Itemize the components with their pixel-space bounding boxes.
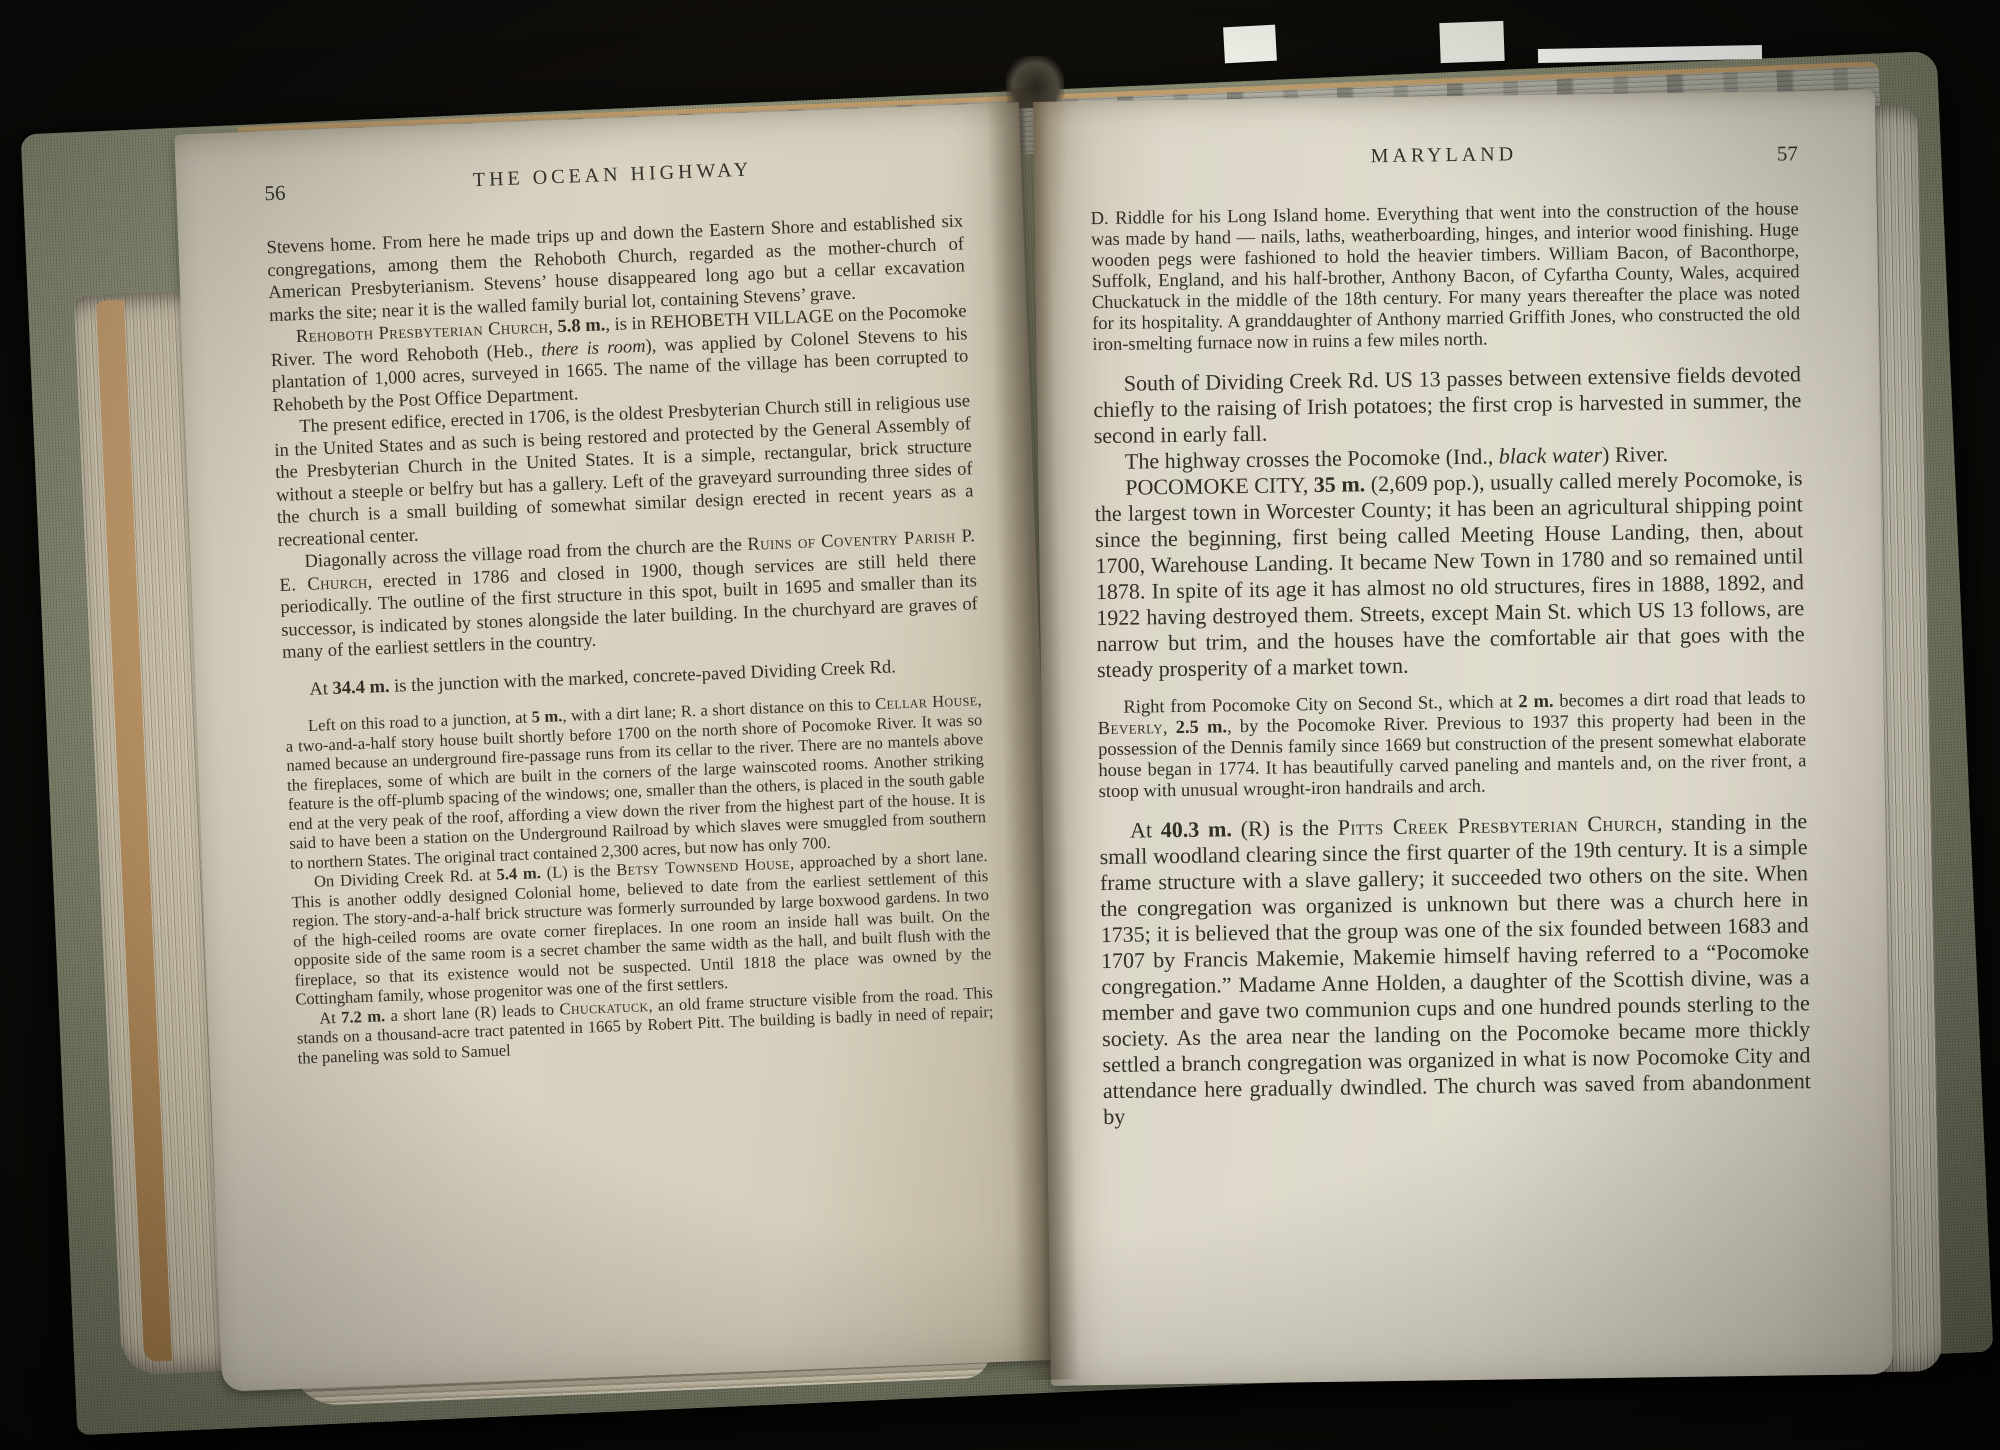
paragraph: On Dividing Creek Rd. at 5.4 m. (L) is t…	[291, 846, 993, 1009]
page-number-right: 57	[1777, 141, 1798, 166]
right-page-text: D. Riddle for his Long Island home. Ever…	[1091, 199, 1812, 1130]
right-page: MARYLAND 57 D. Riddle for his Long Islan…	[1033, 90, 1893, 1386]
paragraph: D. Riddle for his Long Island home. Ever…	[1091, 199, 1801, 356]
bookmark-slip	[1439, 21, 1504, 63]
paragraph: South of Dividing Creek Rd. US 13 passes…	[1093, 361, 1802, 449]
paragraph: Right from Pocomoke City on Second St., …	[1097, 688, 1806, 803]
left-page-header: 56 THE OCEAN HIGHWAY	[264, 151, 962, 208]
left-page-text: Stevens home. From here he made trips up…	[266, 210, 994, 1067]
paragraph: The present edifice, erected in 1706, is…	[273, 390, 975, 552]
paragraph: At 40.3 m. (R) is the Pitts Creek Presby…	[1099, 808, 1811, 1130]
bookmark-slip	[1223, 25, 1277, 64]
paragraph: Left on this road to a junction, at 5 m.…	[285, 690, 987, 873]
page-number-left: 56	[264, 180, 286, 206]
running-head-left: THE OCEAN HIGHWAY	[264, 151, 961, 201]
left-page: 56 THE OCEAN HIGHWAY Stevens home. From …	[174, 102, 1067, 1392]
right-page-header: MARYLAND 57	[1090, 139, 1798, 179]
running-head-right: MARYLAND	[1090, 139, 1798, 172]
paragraph: POCOMOKE CITY, 35 m. (2,609 pop.), usual…	[1094, 465, 1805, 683]
book-photo-scene: 56 THE OCEAN HIGHWAY Stevens home. From …	[0, 0, 2000, 1450]
